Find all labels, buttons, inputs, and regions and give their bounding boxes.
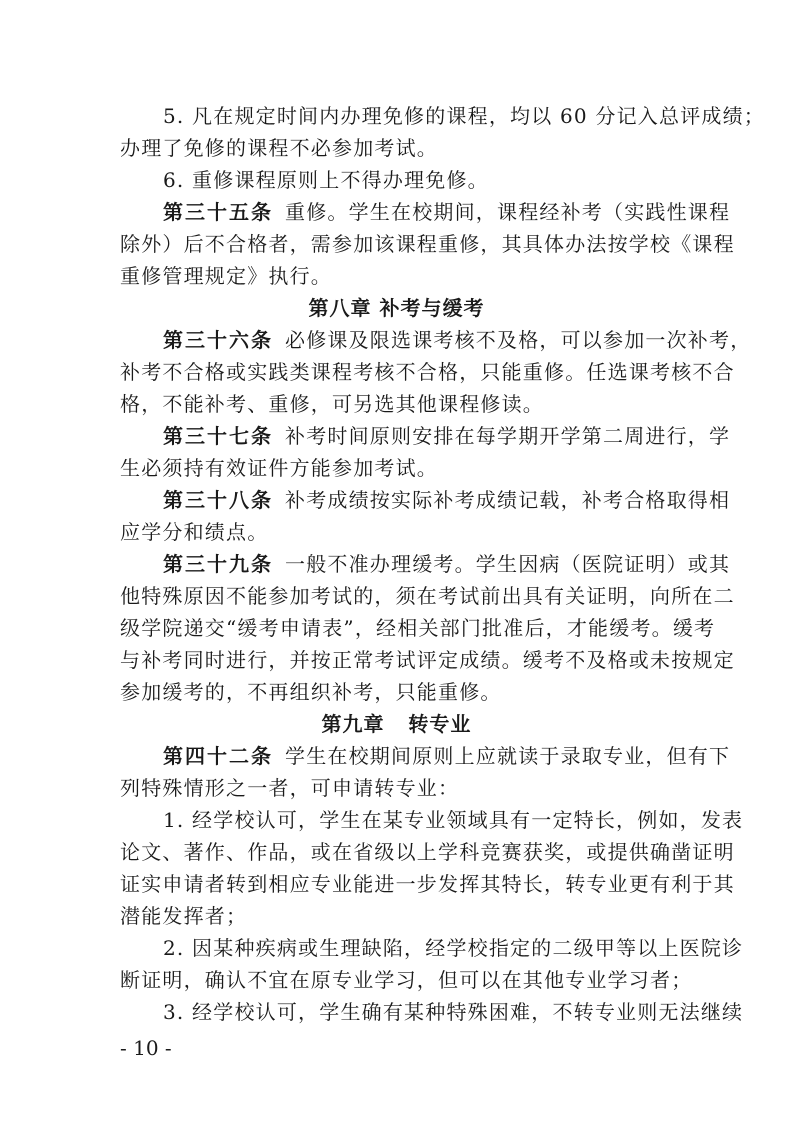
article-line: 第三十八条补考成绩按实际补考成绩记载，补考合格取得相 <box>163 484 730 516</box>
paragraph-line: 6. 重修课程原则上不得办理免修。 <box>163 164 489 196</box>
article-label: 第三十九条 <box>163 552 273 576</box>
article-line: 第三十六条必修课及限选课考核不及格，可以参加一次补考， <box>163 324 751 356</box>
paragraph-line: 他特殊原因不能参加考试的，须在考试前出具有关证明，向所在二 <box>120 580 673 612</box>
paragraph-line: 列特殊情形之一者，可申请转专业： <box>120 772 459 804</box>
paragraph-line: 潜能发挥者； <box>120 900 247 932</box>
paragraph-line: 1. 经学校认可，学生在某专业领域具有一定特长，例如，发表 <box>163 804 673 836</box>
article-text: 一般不准办理缓考。学生因病（医院证明）或其 <box>285 552 730 576</box>
article-line: 第三十五条重修。学生在校期间，课程经补考（实践性课程 <box>163 196 730 228</box>
article-label: 第三十六条 <box>163 328 273 352</box>
paragraph-line: 与补考同时进行，并按正常考试评定成绩。缓考不及格或未按规定 <box>120 644 673 676</box>
article-label: 第三十七条 <box>163 424 273 448</box>
article-text: 补考时间原则安排在每学期开学第二周进行，学 <box>285 424 730 448</box>
paragraph-line: 办理了免修的课程不必参加考试。 <box>120 132 438 164</box>
article-text: 补考成绩按实际补考成绩记载，补考合格取得相 <box>285 488 730 512</box>
paragraph-line: 生必须持有效证件方能参加考试。 <box>120 452 438 484</box>
paragraph-line: 除外）后不合格者，需参加该课程重修，其具体办法按学校《课程 <box>120 228 673 260</box>
paragraph-line: 2. 因某种疾病或生理缺陷，经学校指定的二级甲等以上医院诊 <box>163 932 673 964</box>
paragraph-line: 3. 经学校认可，学生确有某种特殊困难，不转专业则无法继续 <box>163 996 673 1028</box>
article-label: 第三十五条 <box>163 200 273 224</box>
paragraph-line: 重修管理规定》执行。 <box>120 260 332 292</box>
paragraph-line: 5. 凡在规定时间内办理免修的课程，均以 60 分记入总评成绩； <box>163 100 673 132</box>
chapter-heading: 第九章 转专业 <box>120 708 673 740</box>
paragraph-line: 补考不合格或实践类课程考核不合格，只能重修。任选课考核不合 <box>120 356 673 388</box>
article-line: 第三十九条一般不准办理缓考。学生因病（医院证明）或其 <box>163 548 730 580</box>
chapter-heading: 第八章 补考与缓考 <box>120 292 673 324</box>
article-text: 必修课及限选课考核不及格，可以参加一次补考， <box>285 328 751 352</box>
paragraph-line: 参加缓考的，不再组织补考，只能重修。 <box>120 676 502 708</box>
article-label: 第三十八条 <box>163 488 273 512</box>
article-label: 第四十二条 <box>163 744 273 768</box>
article-text: 重修。学生在校期间，课程经补考（实践性课程 <box>285 200 730 224</box>
page-number: - 10 - <box>120 1036 172 1060</box>
paragraph-line: 论文、著作、作品，或在省级以上学科竞赛获奖，或提供确凿证明 <box>120 836 673 868</box>
paragraph-line: 断证明，确认不宜在原专业学习，但可以在其他专业学习者； <box>120 964 673 996</box>
article-text: 学生在校期间原则上应就读于录取专业，但有下 <box>285 744 730 768</box>
paragraph-line: 级学院递交“缓考申请表”，经相关部门批准后，才能缓考。缓考 <box>120 612 673 644</box>
paragraph-line: 应学分和绩点。 <box>120 516 268 548</box>
paragraph-line: 证实申请者转到相应专业能进一步发挥其特长，转专业更有利于其 <box>120 868 673 900</box>
article-line: 第四十二条学生在校期间原则上应就读于录取专业，但有下 <box>163 740 730 772</box>
article-line: 第三十七条补考时间原则安排在每学期开学第二周进行，学 <box>163 420 730 452</box>
paragraph-line: 格，不能补考、重修，可另选其他课程修读。 <box>120 388 544 420</box>
